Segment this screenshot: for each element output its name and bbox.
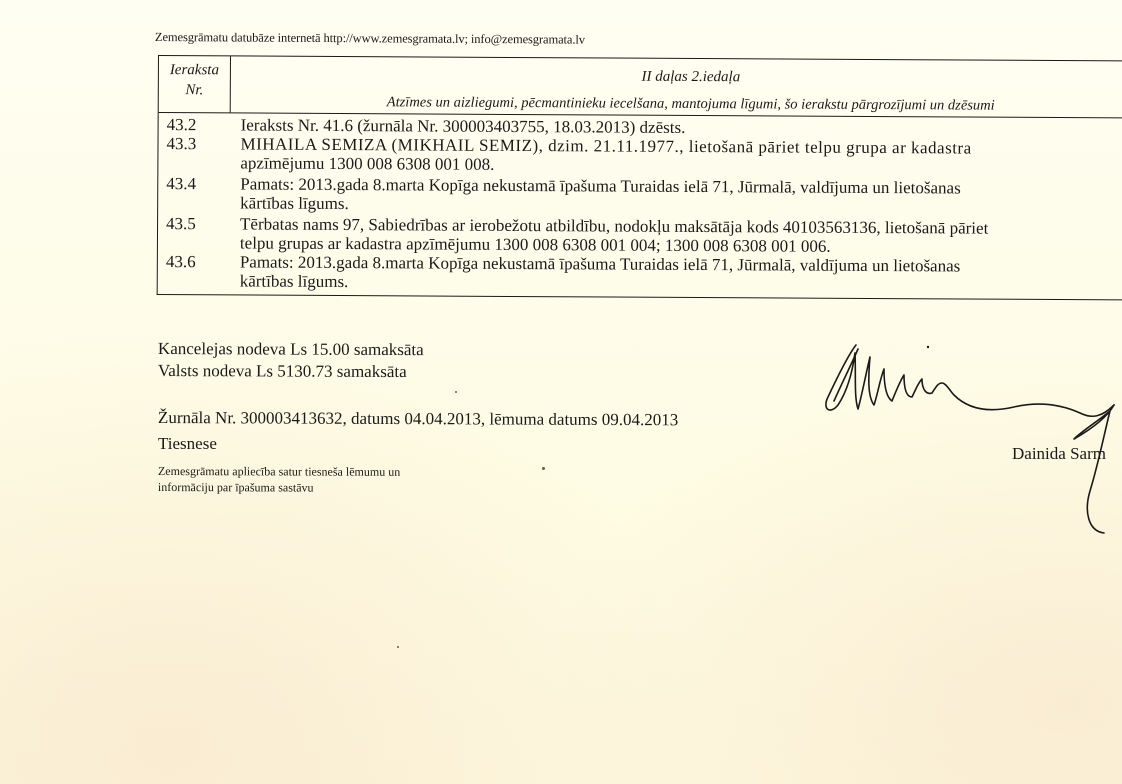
table-header: Ieraksta Nr. II daļas 2.iedaļa Atzīmes u… bbox=[159, 56, 1122, 119]
entry-number-column-header: Ieraksta Nr. bbox=[159, 56, 231, 112]
entry-text: Tērbatas nams 97, Sabiedrības ar ierobež… bbox=[240, 214, 1122, 257]
table-row: 43.6 Pamats: 2013.gada 8.marta Kopīga ne… bbox=[158, 252, 1122, 296]
section-header: II daļas 2.iedaļa Atzīmes un aizliegumi,… bbox=[231, 56, 1122, 117]
entries-table: Ieraksta Nr. II daļas 2.iedaļa Atzīmes u… bbox=[157, 55, 1122, 301]
database-header-line: Zemesgrāmatu datubāze internetā http://w… bbox=[155, 30, 585, 48]
state-fee: Valsts nodeva Ls 5130.73 samaksāta bbox=[158, 360, 424, 383]
judge-label: Tiesnese bbox=[158, 434, 217, 454]
certificate-note: Zemesgrāmatu apliecība satur tiesneša lē… bbox=[158, 463, 400, 496]
chancellery-fee: Kancelejas nodeva Ls 15.00 samaksāta bbox=[158, 338, 424, 361]
column-header-line2: Nr. bbox=[159, 80, 230, 100]
entry-text-line: kārtības līgums. bbox=[240, 271, 1122, 295]
note-line: Zemesgrāmatu apliecība satur tiesneša lē… bbox=[158, 463, 400, 480]
signature-icon bbox=[818, 335, 1122, 540]
entry-number: 43.5 bbox=[158, 214, 240, 252]
paper-speck bbox=[455, 391, 457, 393]
note-line: informāciju par īpašuma sastāvu bbox=[158, 479, 400, 496]
entry-number: 43.2 bbox=[159, 115, 241, 134]
table-row: 43.3 MIHAILA SEMIZA (MIKHAIL SEMIZ), dzi… bbox=[158, 134, 1122, 178]
paper-speck bbox=[397, 646, 399, 648]
entry-number: 43.4 bbox=[158, 174, 240, 212]
table-row: 43.5 Tērbatas nams 97, Sabiedrības ar ie… bbox=[158, 214, 1122, 258]
table-row: 43.4 Pamats: 2013.gada 8.marta Kopīga ne… bbox=[158, 174, 1122, 218]
fees-block: Kancelejas nodeva Ls 15.00 samaksāta Val… bbox=[158, 338, 424, 383]
entry-number: 43.6 bbox=[158, 252, 240, 290]
column-header-line1: Ieraksta bbox=[159, 60, 230, 80]
entry-text: Pamats: 2013.gada 8.marta Kopīga nekusta… bbox=[240, 174, 1122, 217]
entry-text: MIHAILA SEMIZA (MIKHAIL SEMIZ), dzim. 21… bbox=[240, 134, 1122, 177]
section-title: II daļas 2.iedaļa bbox=[231, 66, 1122, 88]
entry-text: Pamats: 2013.gada 8.marta Kopīga nekusta… bbox=[240, 252, 1122, 295]
entry-number: 43.3 bbox=[158, 134, 240, 172]
entry-text-line: apzīmējumu 1300 008 6308 001 008. bbox=[240, 153, 1122, 177]
section-subtitle: Atzīmes un aizliegumi, pēcmantinieku iec… bbox=[231, 93, 1122, 115]
entry-text-line: kārtības līgums. bbox=[240, 193, 1122, 217]
paper-speck bbox=[542, 467, 545, 470]
journal-line: Žurnāla Nr. 300003413632, datums 04.04.2… bbox=[158, 408, 678, 430]
scanned-document-page: Zemesgrāmatu datubāze internetā http://w… bbox=[0, 0, 1122, 784]
table-body: 43.2 Ieraksts Nr. 41.6 (žurnāla Nr. 3000… bbox=[158, 113, 1122, 300]
